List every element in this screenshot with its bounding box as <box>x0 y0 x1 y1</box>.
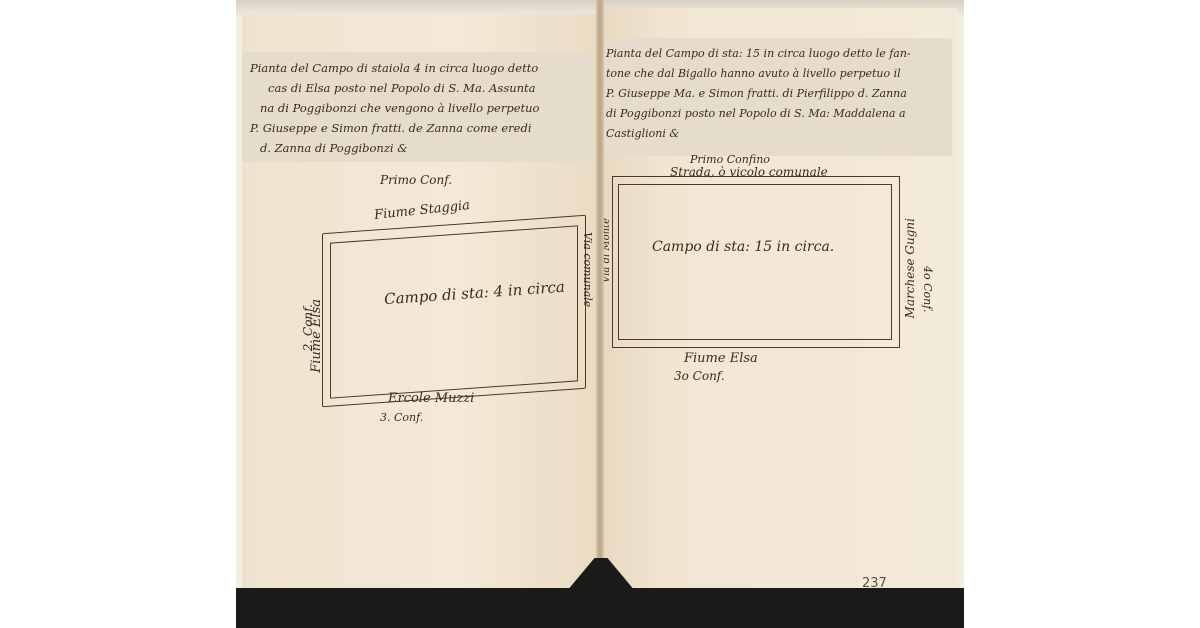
right-header-text: Pianta del Campo di sta: 15 in circa luo… <box>606 44 911 144</box>
right-right-conf-heading: 4o Conf. <box>922 266 933 312</box>
right-right-boundary: Marchese Gugni <box>904 218 916 318</box>
left-page: Pianta del Campo di staiola 4 in circa l… <box>242 14 602 612</box>
manuscript-scan: Pianta del Campo di staiola 4 in circa l… <box>236 0 964 628</box>
right-field-label: Campo di sta: 15 in circa. <box>652 240 834 254</box>
left-bottom-boundary: Ercole Muzzi <box>388 392 474 405</box>
right-header-line: Pianta del Campo di sta: 15 in circa luo… <box>606 44 911 64</box>
left-right-boundary: Via comunale <box>582 232 593 307</box>
right-field-inner <box>618 184 892 340</box>
right-page: Pianta del Campo di sta: 15 in circa luo… <box>600 8 958 608</box>
right-header-line: di Poggibonzi posto nel Popolo di S. Ma:… <box>606 104 911 124</box>
left-header-line: P. Giuseppe e Simon fratti. de Zanna com… <box>250 118 539 138</box>
right-header-line: tone che dal Bigallo hanno avuto à livel… <box>606 64 911 84</box>
right-header-line: P. Giuseppe Ma. e Simon fratti. di Pierf… <box>606 84 911 104</box>
left-header-line: Pianta del Campo di staiola 4 in circa l… <box>250 58 539 78</box>
right-bottom-boundary: Fiume Elsa <box>684 352 758 365</box>
left-header-line: cas di Elsa posto nel Popolo di S. Ma. A… <box>250 78 539 98</box>
book-gutter <box>596 0 604 628</box>
left-top-conf-heading: Primo Conf. <box>380 174 452 186</box>
right-top-conf-heading: Primo Confino <box>690 154 770 165</box>
left-header-line: d. Zanna di Poggibonzi & <box>250 138 539 158</box>
left-header-text: Pianta del Campo di staiola 4 in circa l… <box>250 58 539 158</box>
right-bottom-conf-heading: 3o Conf. <box>674 370 725 382</box>
left-header-line: na di Poggibonzi che vengono à livello p… <box>250 98 539 118</box>
left-field-inner <box>330 225 578 398</box>
left-left-boundary: Fiume Elsa <box>310 299 323 373</box>
right-header-line: Castiglioni & <box>606 124 911 144</box>
left-bottom-conf-heading: 3. Conf. <box>380 412 423 423</box>
left-top-boundary: Fiume Staggia <box>374 199 471 222</box>
